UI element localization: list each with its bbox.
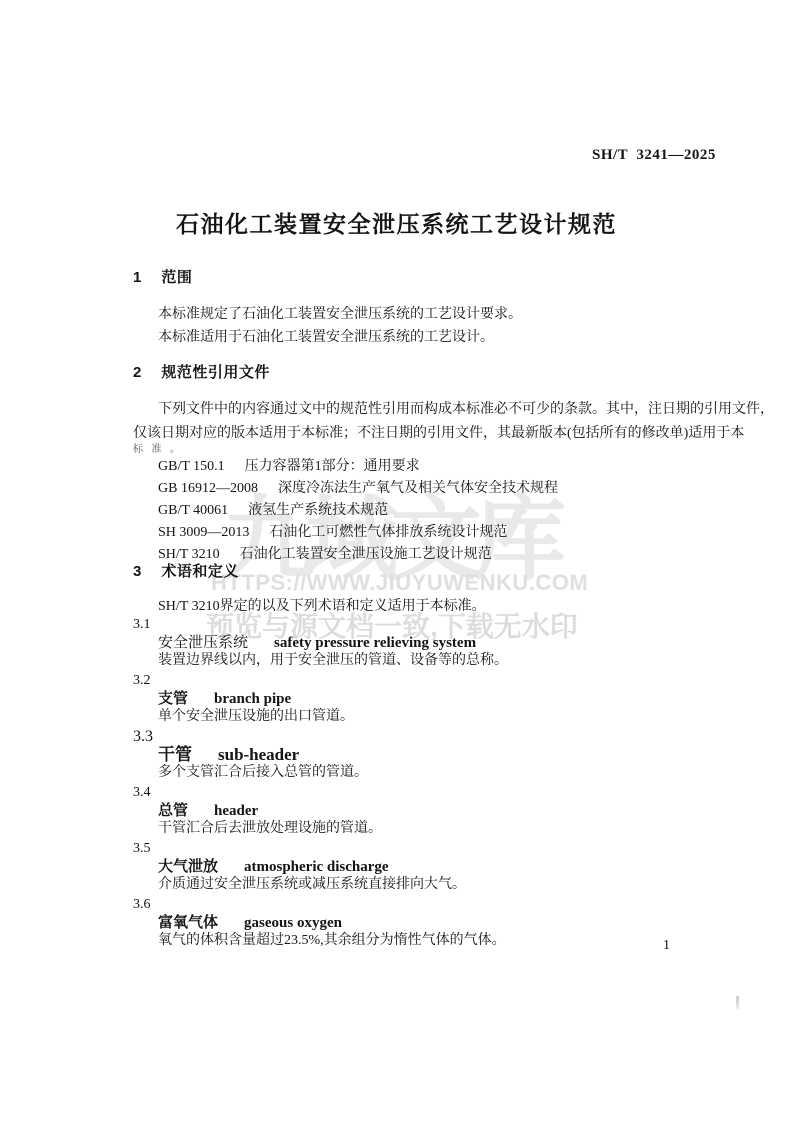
terms-list: 3.1 安全泄压系统safety pressure relieving syst… bbox=[133, 616, 678, 950]
term-chinese: 支管 bbox=[158, 691, 188, 707]
term-number: 3.1 bbox=[133, 616, 678, 634]
term-number: 3.2 bbox=[133, 672, 678, 690]
section-1-heading-label: 范围 bbox=[161, 269, 192, 286]
term-block: 3.3 干管sub-header 多个支管汇合后接入总管的管道。 bbox=[133, 728, 678, 782]
section-2-heading-label: 规范性引用文件 bbox=[161, 364, 270, 381]
reference-title: 石油化工可燃性气体排放系统设计规范 bbox=[269, 525, 507, 540]
section-3-number: 3 bbox=[133, 563, 141, 580]
scope-paragraph-2: 本标准适用于石油化工装置安全泄压系统的工艺设计。 bbox=[133, 326, 678, 349]
term-title: 总管header bbox=[133, 802, 678, 820]
reference-list: GB/T 150.1压力容器第1部分：通用要求 GB 16912—2008深度冷… bbox=[133, 456, 678, 566]
term-block: 3.1 安全泄压系统safety pressure relieving syst… bbox=[133, 616, 678, 670]
page-title: 石油化工装置安全泄压系统工艺设计规范 bbox=[0, 206, 793, 239]
term-number: 3.5 bbox=[133, 840, 678, 858]
references-paragraph-line-2: 仅该日期对应的版本适用于本标准；不注日期的引用文件，其最新版本(包括所有的修改单… bbox=[133, 422, 678, 446]
term-definition: 多个支管汇合后接入总管的管道。 bbox=[133, 764, 678, 782]
section-1-paragraphs: 本标准规定了石油化工装置安全泄压系统的工艺设计要求。 本标准适用于石油化工装置安… bbox=[133, 303, 678, 349]
scan-artifact-mark bbox=[736, 996, 739, 1009]
reference-title: 压力容器第1部分：通用要求 bbox=[245, 459, 420, 474]
term-block: 3.6 富氧气体gaseous oxygen 氧气的体积含量超过23.5%,其余… bbox=[133, 896, 678, 950]
section-1-heading: 1范围 bbox=[133, 268, 678, 288]
reference-code: SH/T 3210 bbox=[158, 547, 220, 562]
term-number: 3.6 bbox=[133, 896, 678, 914]
section-2-heading: 2规范性引用文件 bbox=[133, 363, 678, 383]
term-number: 3.4 bbox=[133, 784, 678, 802]
term-chinese: 大气泄放 bbox=[158, 859, 218, 875]
reference-title: 液氢生产系统技术规范 bbox=[248, 503, 388, 518]
reference-code: GB/T 40061 bbox=[158, 503, 228, 518]
normative-references-paragraph: 下列文件中的内容通过文中的规范性引用而构成本标准必不可少的条款。其中，注日期的引… bbox=[133, 398, 678, 456]
term-definition: 氧气的体积含量超过23.5%,其余组分为惰性气体的气体。 bbox=[133, 932, 678, 950]
term-title: 安全泄压系统safety pressure relieving system bbox=[133, 634, 678, 652]
reference-code: GB 16912—2008 bbox=[158, 481, 258, 496]
term-block: 3.2 支管branch pipe 单个安全泄压设施的出口管道。 bbox=[133, 672, 678, 726]
term-block: 3.4 总管header 干管汇合后去泄放处理设施的管道。 bbox=[133, 784, 678, 838]
term-english: atmospheric discharge bbox=[244, 859, 389, 875]
term-chinese: 富氧气体 bbox=[158, 915, 218, 931]
term-chinese: 总管 bbox=[158, 803, 188, 819]
reference-title: 深度冷冻法生产氧气及相关气体安全技术规程 bbox=[278, 481, 558, 496]
term-title: 富氧气体gaseous oxygen bbox=[133, 914, 678, 932]
section-2-number: 2 bbox=[133, 364, 141, 381]
term-definition: 装置边界线以内，用于安全泄压的管道、设备等的总称。 bbox=[133, 652, 678, 670]
document-page: { "page": { "doc_number": "SH/T 3241—202… bbox=[0, 0, 793, 1122]
term-block: 3.5 大气泄放atmospheric discharge 介质通过安全泄压系统… bbox=[133, 840, 678, 894]
section-3-heading-label: 术语和定义 bbox=[161, 563, 239, 580]
term-english: safety pressure relieving system bbox=[274, 635, 476, 651]
reference-item: GB/T 40061液氢生产系统技术规范 bbox=[133, 500, 678, 522]
reference-item: SH 3009—2013石油化工可燃性气体排放系统设计规范 bbox=[133, 522, 678, 544]
term-english: branch pipe bbox=[214, 691, 291, 707]
reference-title: 石油化工装置安全泄压设施工艺设计规范 bbox=[240, 547, 492, 562]
doc-number: SH/T 3241—2025 bbox=[592, 147, 716, 164]
term-chinese: 安全泄压系统 bbox=[158, 635, 248, 651]
document-body: 1范围 本标准规定了石油化工装置安全泄压系统的工艺设计要求。 本标准适用于石油化… bbox=[133, 268, 678, 950]
page-number: 1 bbox=[663, 938, 670, 954]
term-title: 大气泄放atmospheric discharge bbox=[133, 858, 678, 876]
terms-intro: SH/T 3210界定的以及下列术语和定义适用于本标准。 bbox=[133, 598, 678, 616]
reference-code: GB/T 150.1 bbox=[158, 459, 225, 474]
term-english: gaseous oxygen bbox=[244, 915, 342, 931]
reference-item: GB 16912—2008深度冷冻法生产氧气及相关气体安全技术规程 bbox=[133, 478, 678, 500]
term-definition: 单个安全泄压设施的出口管道。 bbox=[133, 708, 678, 726]
term-number: 3.3 bbox=[133, 728, 678, 746]
references-paragraph-line-1: 下列文件中的内容通过文中的规范性引用而构成本标准必不可少的条款。其中，注日期的引… bbox=[133, 398, 678, 422]
reference-item: GB/T 150.1压力容器第1部分：通用要求 bbox=[133, 456, 678, 478]
term-title: 干管sub-header bbox=[133, 746, 678, 764]
term-english: header bbox=[214, 803, 258, 819]
term-title: 支管branch pipe bbox=[133, 690, 678, 708]
term-definition: 介质通过安全泄压系统或减压系统直接排向大气。 bbox=[133, 876, 678, 894]
term-chinese: 干管 bbox=[158, 745, 192, 764]
term-english: sub-header bbox=[218, 745, 299, 764]
scope-paragraph-1: 本标准规定了石油化工装置安全泄压系统的工艺设计要求。 bbox=[133, 303, 678, 326]
reference-code: SH 3009—2013 bbox=[158, 525, 249, 540]
term-definition: 干管汇合后去泄放处理设施的管道。 bbox=[133, 820, 678, 838]
section-1-number: 1 bbox=[133, 269, 141, 286]
